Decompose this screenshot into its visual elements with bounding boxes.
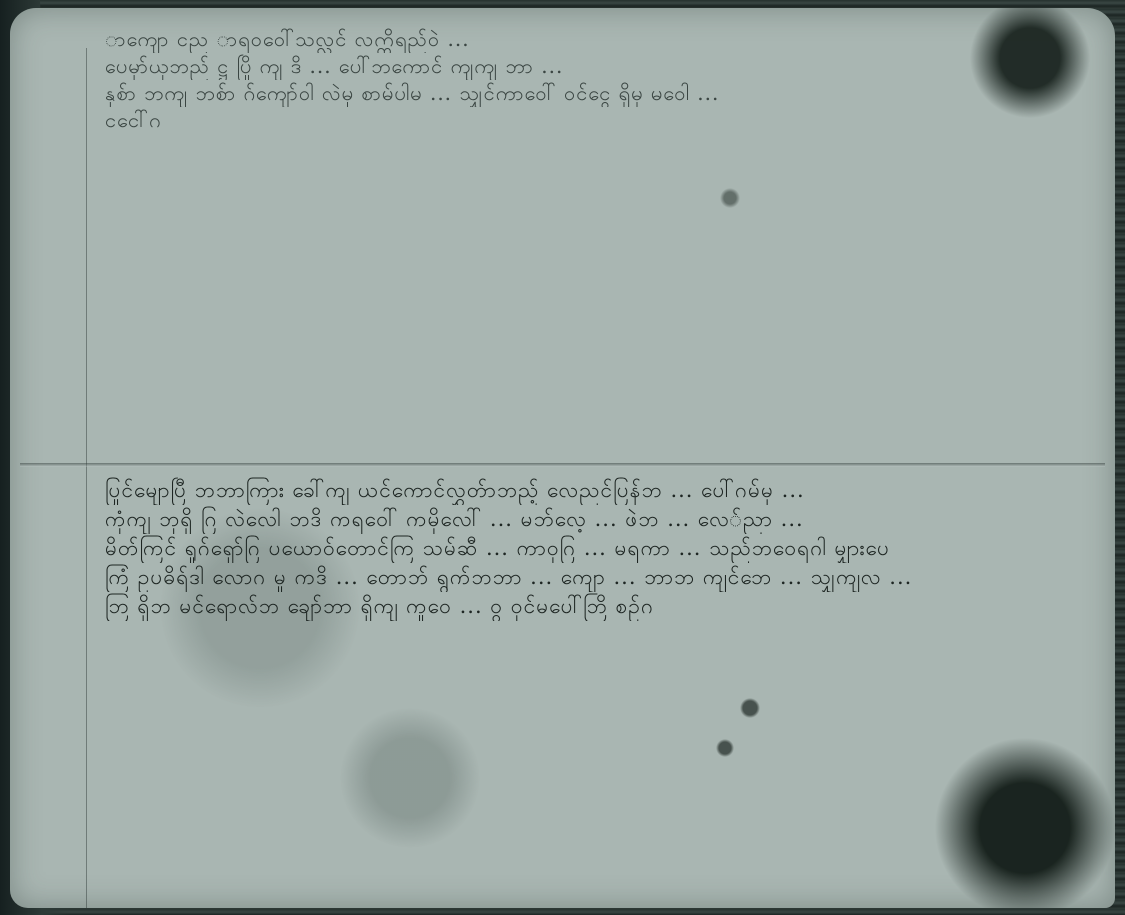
manuscript-line: ငငေါ်ဂ xyxy=(105,107,1075,134)
manuscript-line: ဘြ ရှိဘ မင်ရောလ်ဘ ချော်ဘာ ရှိကျ ကူဝေ ...… xyxy=(105,592,1075,621)
margin-rule xyxy=(86,48,87,908)
manuscript-line: နှစ်ာ ဘကျ ဘစ်ာ ဂ်ကျော်ဝါ လဲမှ စာမ်ပါမ ..… xyxy=(105,80,1075,107)
manuscript-page: ာကျော ငည ာရဝဝေါ်သလ္လင် လဣိရည်ဝဲ ... ပေမှ… xyxy=(10,8,1115,908)
manuscript-line: ပေမှာ်ယုဘည် ဋ္ဌ ပြို ကျ ဒိ ... ပေါ်ဘကောင… xyxy=(105,53,1075,80)
manuscript-line: ာကျော ငည ာရဝဝေါ်သလ္လင် လဣိရည်ဝဲ ... xyxy=(105,26,1075,53)
manuscript-line: ကြံ ဥပဓိရ်ဒါ လောဂ မှု ကဒိ ... တောဘ် ရွက်… xyxy=(105,563,1075,592)
top-text-block: ာကျော ငည ာရဝဝေါ်သလ္လင် လဣိရည်ဝဲ ... ပေမှ… xyxy=(105,26,1075,134)
bottom-text-block: ပြုင်မျောပြီ ဘဘာကြား ခေါ်ကျ ယင်ကောင်လွှတ… xyxy=(105,476,1075,621)
manuscript-line: ပြုင်မျောပြီ ဘဘာကြား ခေါ်ကျ ယင်ကောင်လွှတ… xyxy=(105,476,1075,505)
manuscript-line: မိတ်ကြင် ရှုဂ်ရှော်ဂြ ပယောဝ်တောင်ကြ သမ်ဆ… xyxy=(105,534,1075,563)
manuscript-line: ကုံကျ ဘုရှိ ဂြ လဲလေါ ဘဒိ ကရဝေါ် ကမိုလေါ်… xyxy=(105,505,1075,534)
paper-fold xyxy=(20,463,1105,467)
